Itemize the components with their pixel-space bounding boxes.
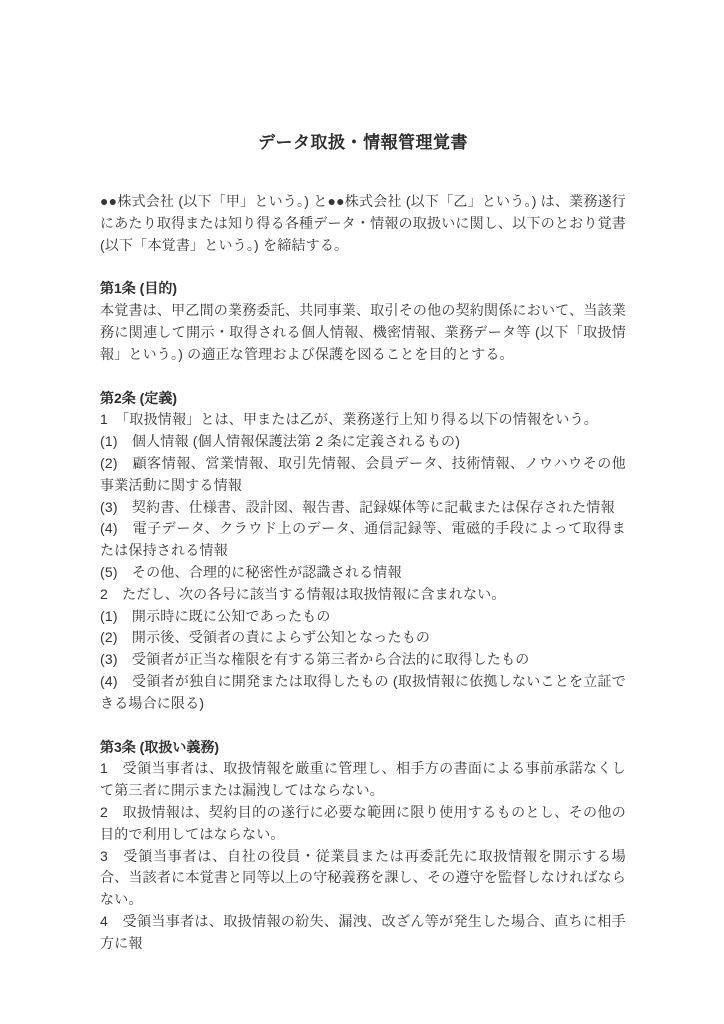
article-3-heading: 第3条 (取扱い義務) bbox=[100, 737, 626, 759]
article-2-clause-1-item-4: (4) 電子データ、クラウド上のデータ、通信記録等、電磁的手段によって取得または… bbox=[100, 518, 626, 562]
section-article-1: 第1条 (目的) 本覚書は、甲乙間の業務委託、共同事業、取引その他の契約関係にお… bbox=[100, 278, 626, 365]
article-1-heading: 第1条 (目的) bbox=[100, 278, 626, 300]
article-1-paragraph: 本覚書は、甲乙間の業務委託、共同事業、取引その他の契約関係において、当該業務に関… bbox=[100, 300, 626, 365]
article-3-clause-3: 3 受領当事者は、自社の役員・従業員または再委託先に取扱情報を開示する場合、当該… bbox=[100, 846, 626, 911]
article-2-clause-2-item-1: (1) 開示時に既に公知であったもの bbox=[100, 606, 626, 628]
section-article-2: 第2条 (定義) 1 「取扱情報」とは、甲または乙が、業務遂行上知り得る以下の情… bbox=[100, 388, 626, 715]
article-2-clause-2-item-2: (2) 開示後、受領者の責によらず公知となったもの bbox=[100, 627, 626, 649]
article-2-clause-2: 2 ただし、次の各号に該当する情報は取扱情報に含まれない。 bbox=[100, 584, 626, 606]
article-3-clause-1: 1 受領当事者は、取扱情報を厳重に管理し、相手方の書面による事前承諾なくして第三… bbox=[100, 758, 626, 802]
section-article-3: 第3条 (取扱い義務) 1 受領当事者は、取扱情報を厳重に管理し、相手方の書面に… bbox=[100, 737, 626, 955]
article-2-clause-2-item-3: (3) 受領者が正当な権限を有する第三者から合法的に取得したもの bbox=[100, 649, 626, 671]
article-2-clause-1-item-2: (2) 顧客情報、営業情報、取引先情報、会員データ、技術情報、ノウハウその他事業… bbox=[100, 453, 626, 497]
article-2-clause-1-item-5: (5) その他、合理的に秘密性が認識される情報 bbox=[100, 562, 626, 584]
article-2-clause-2-item-4: (4) 受領者が独自に開発または取得したもの (取扱情報に依拠しないことを立証で… bbox=[100, 671, 626, 715]
article-3-clause-4: 4 受領当事者は、取扱情報の紛失、漏洩、改ざん等が発生した場合、直ちに相手方に報 bbox=[100, 911, 626, 955]
article-3-clause-2: 2 取扱情報は、契約目的の遂行に必要な範囲に限り使用するものとし、その他の目的で… bbox=[100, 802, 626, 846]
document-page: データ取扱・情報管理覚書 ●●株式会社 (以下「甲」という。) と●●株式会社 … bbox=[0, 0, 724, 1024]
intro-paragraph: ●●株式会社 (以下「甲」という。) と●●株式会社 (以下「乙」という。) は… bbox=[100, 191, 626, 256]
article-2-clause-1: 1 「取扱情報」とは、甲または乙が、業務遂行上知り得る以下の情報をいう。 bbox=[100, 409, 626, 431]
article-2-clause-1-item-1: (1) 個人情報 (個人情報保護法第 2 条に定義されるもの) bbox=[100, 431, 626, 453]
article-2-heading: 第2条 (定義) bbox=[100, 388, 626, 410]
page-title: データ取扱・情報管理覚書 bbox=[100, 130, 626, 156]
article-2-clause-1-item-3: (3) 契約書、仕様書、設計図、報告書、記録媒体等に記載または保存された情報 bbox=[100, 497, 626, 519]
